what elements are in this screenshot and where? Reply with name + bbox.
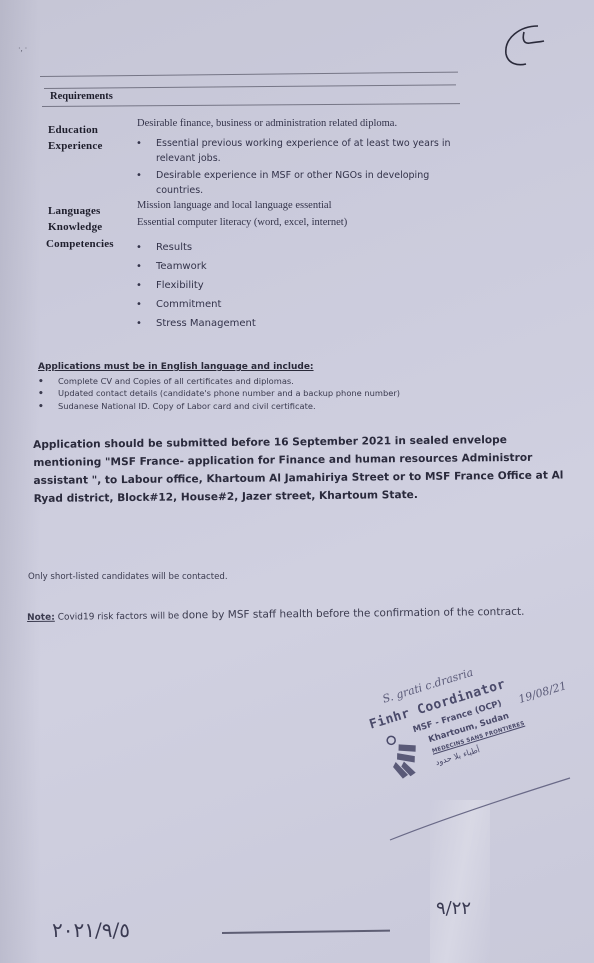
competency-item: •Commitment: [136, 297, 466, 312]
bullet-icon: •: [136, 168, 146, 183]
submission-paragraph: Application should be submitted before 1…: [33, 430, 574, 508]
header-rule-3: [42, 103, 460, 107]
bullet-icon: •: [136, 259, 146, 274]
competency-item: •Flexibility: [136, 278, 466, 293]
footer-signature-line: [222, 930, 390, 934]
bullet-icon: •: [136, 297, 146, 312]
bullet-icon: •: [136, 136, 146, 151]
text-languages: Mission language and local language esse…: [137, 200, 332, 211]
footer-handwritten-number: ٩/٢٢: [436, 898, 471, 919]
bullet-icon: •: [136, 278, 146, 293]
competency-item: •Teamwork: [136, 259, 466, 274]
bullet-icon: •: [38, 402, 58, 412]
competency-item: •Results: [136, 240, 466, 255]
bullet-icon: •: [136, 240, 146, 255]
label-languages: Languages: [48, 205, 101, 217]
application-requirement-item: •Sudanese National ID. Copy of Labor car…: [38, 401, 316, 412]
header-rule-1: [40, 72, 458, 77]
text-knowledge: Essential computer literacy (word, excel…: [137, 217, 347, 228]
shortlist-notice: Only short-listed candidates will be con…: [28, 572, 228, 582]
competency-item: •Stress Management: [136, 316, 466, 331]
bullet-icon: •: [136, 316, 146, 331]
scan-specks: ·, ·: [18, 44, 27, 53]
label-experience: Experience: [48, 140, 103, 152]
label-knowledge: Knowledge: [48, 221, 102, 233]
application-requirement-item: •Updated contact details (candidate's ph…: [38, 388, 400, 399]
experience-item: • Desirable experience in MSF or other N…: [136, 168, 466, 198]
experience-item: • Essential previous working experience …: [136, 136, 466, 166]
applications-title: Applications must be in English language…: [38, 362, 314, 372]
covid-note: Note: Covid19 risk factors will be done …: [27, 606, 524, 623]
bullet-icon: •: [38, 377, 58, 387]
note-text-continued: done by MSF staff health before the conf…: [182, 606, 525, 622]
signature-stroke: [380, 770, 580, 850]
application-requirement-item: •Complete CV and Copies of all certifica…: [38, 376, 294, 387]
handwritten-stamp-date: 19/08/21: [517, 679, 568, 706]
note-text: Covid19 risk factors will be: [55, 611, 182, 622]
header-rule-2: [44, 84, 456, 89]
bullet-icon: •: [38, 389, 58, 399]
note-label: Note:: [27, 613, 55, 623]
text-education: Desirable finance, business or administr…: [137, 118, 397, 129]
label-competencies: Competencies: [46, 238, 114, 250]
section-title-requirements: Requirements: [50, 91, 113, 102]
footer-handwritten-date: ٢٠٢١/٩/٥: [52, 918, 130, 942]
document-page: ·, · Requirements Education Desirable fi…: [0, 0, 594, 963]
label-education: Education: [48, 124, 98, 136]
handwritten-corner-mark: [500, 20, 560, 70]
